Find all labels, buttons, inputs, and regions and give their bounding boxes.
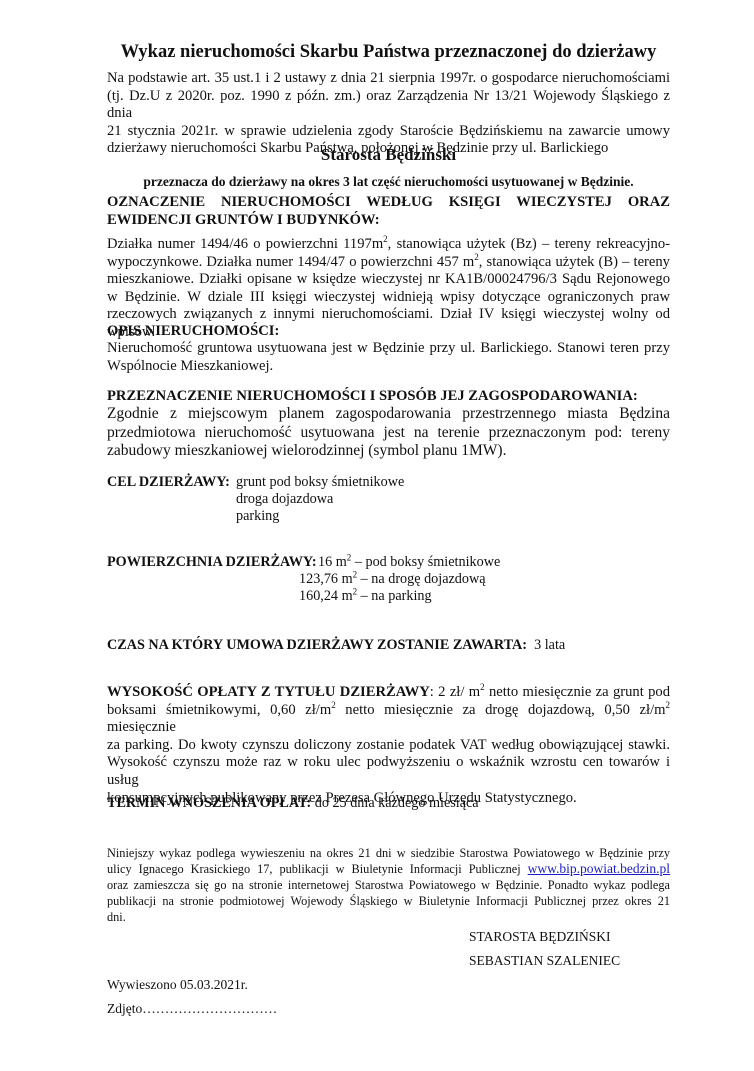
- authority-heading: Starosta Będziński: [107, 145, 670, 165]
- lease-term-value: 3 lata: [534, 637, 565, 653]
- description-paragraph: Nieruchomość gruntowa usytuowana jest w …: [107, 340, 670, 375]
- payment-deadline: TERMIN WNOSZENIA OPŁAT: do 25 dnia każde…: [107, 795, 479, 813]
- signature-title: STAROSTA BĘDZIŃSKI: [469, 929, 610, 945]
- payment-deadline-label: TERMIN WNOSZENIA OPŁAT:: [107, 795, 311, 811]
- fee-label: WYSOKOŚĆ OPŁATY Z TYTUŁU DZIERŻAWY: [107, 684, 430, 700]
- lease-area-item: 123,76 m2 – na drogę dojazdową: [299, 571, 486, 589]
- decision-line: przeznacza do dzierżawy na okres 3 lat c…: [107, 174, 670, 190]
- posted-date: Wywieszono 05.03.2021r.: [107, 977, 248, 993]
- description-heading: OPIS NIERUCHOMOŚCI:: [107, 323, 279, 341]
- lease-goal-item: grunt pod boksy śmietnikowe: [236, 474, 404, 492]
- notice-paragraph: Niniejszy wykaz podlega wywieszeniu na o…: [107, 845, 670, 925]
- lease-term-label: CZAS NA KTÓRY UMOWA DZIERŻAWY ZOSTANIE Z…: [107, 637, 527, 653]
- fee-paragraph: WYSOKOŚĆ OPŁATY Z TYTUŁU DZIERŻAWY: 2 zł…: [107, 684, 670, 807]
- lease-area-item: 16 m2 – pod boksy śmietnikowe: [318, 554, 500, 572]
- lease-area-label: POWIERZCHNIA DZIERŻAWY:: [107, 554, 317, 572]
- payment-deadline-value: do 25 dnia każdego miesiąca: [315, 795, 479, 811]
- lease-goal-item: parking: [236, 508, 279, 526]
- designation-heading: OZNACZENIE NIERUCHOMOŚCI WEDŁUG KSIĘGI W…: [107, 194, 670, 229]
- lease-goal-item: droga dojazdowa: [236, 491, 333, 509]
- lease-goal-label: CEL DZIERŻAWY:: [107, 474, 230, 492]
- bip-link[interactable]: www.bip.powiat.bedzin.pl: [528, 861, 670, 876]
- signature-name: SEBASTIAN SZALENIEC: [469, 953, 620, 969]
- lease-term: CZAS NA KTÓRY UMOWA DZIERŻAWY ZOSTANIE Z…: [107, 637, 565, 655]
- removed-date: Zdjęto…………………………: [107, 1001, 277, 1017]
- purpose-paragraph: Zgodnie z miejscowym planem zagospodarow…: [107, 405, 670, 461]
- lease-area-item: 160,24 m2 – na parking: [299, 588, 432, 606]
- document-title: Wykaz nieruchomości Skarbu Państwa przez…: [107, 42, 670, 63]
- purpose-heading: PRZEZNACZENIE NIERUCHOMOŚCI I SPOSÓB JEJ…: [107, 388, 638, 406]
